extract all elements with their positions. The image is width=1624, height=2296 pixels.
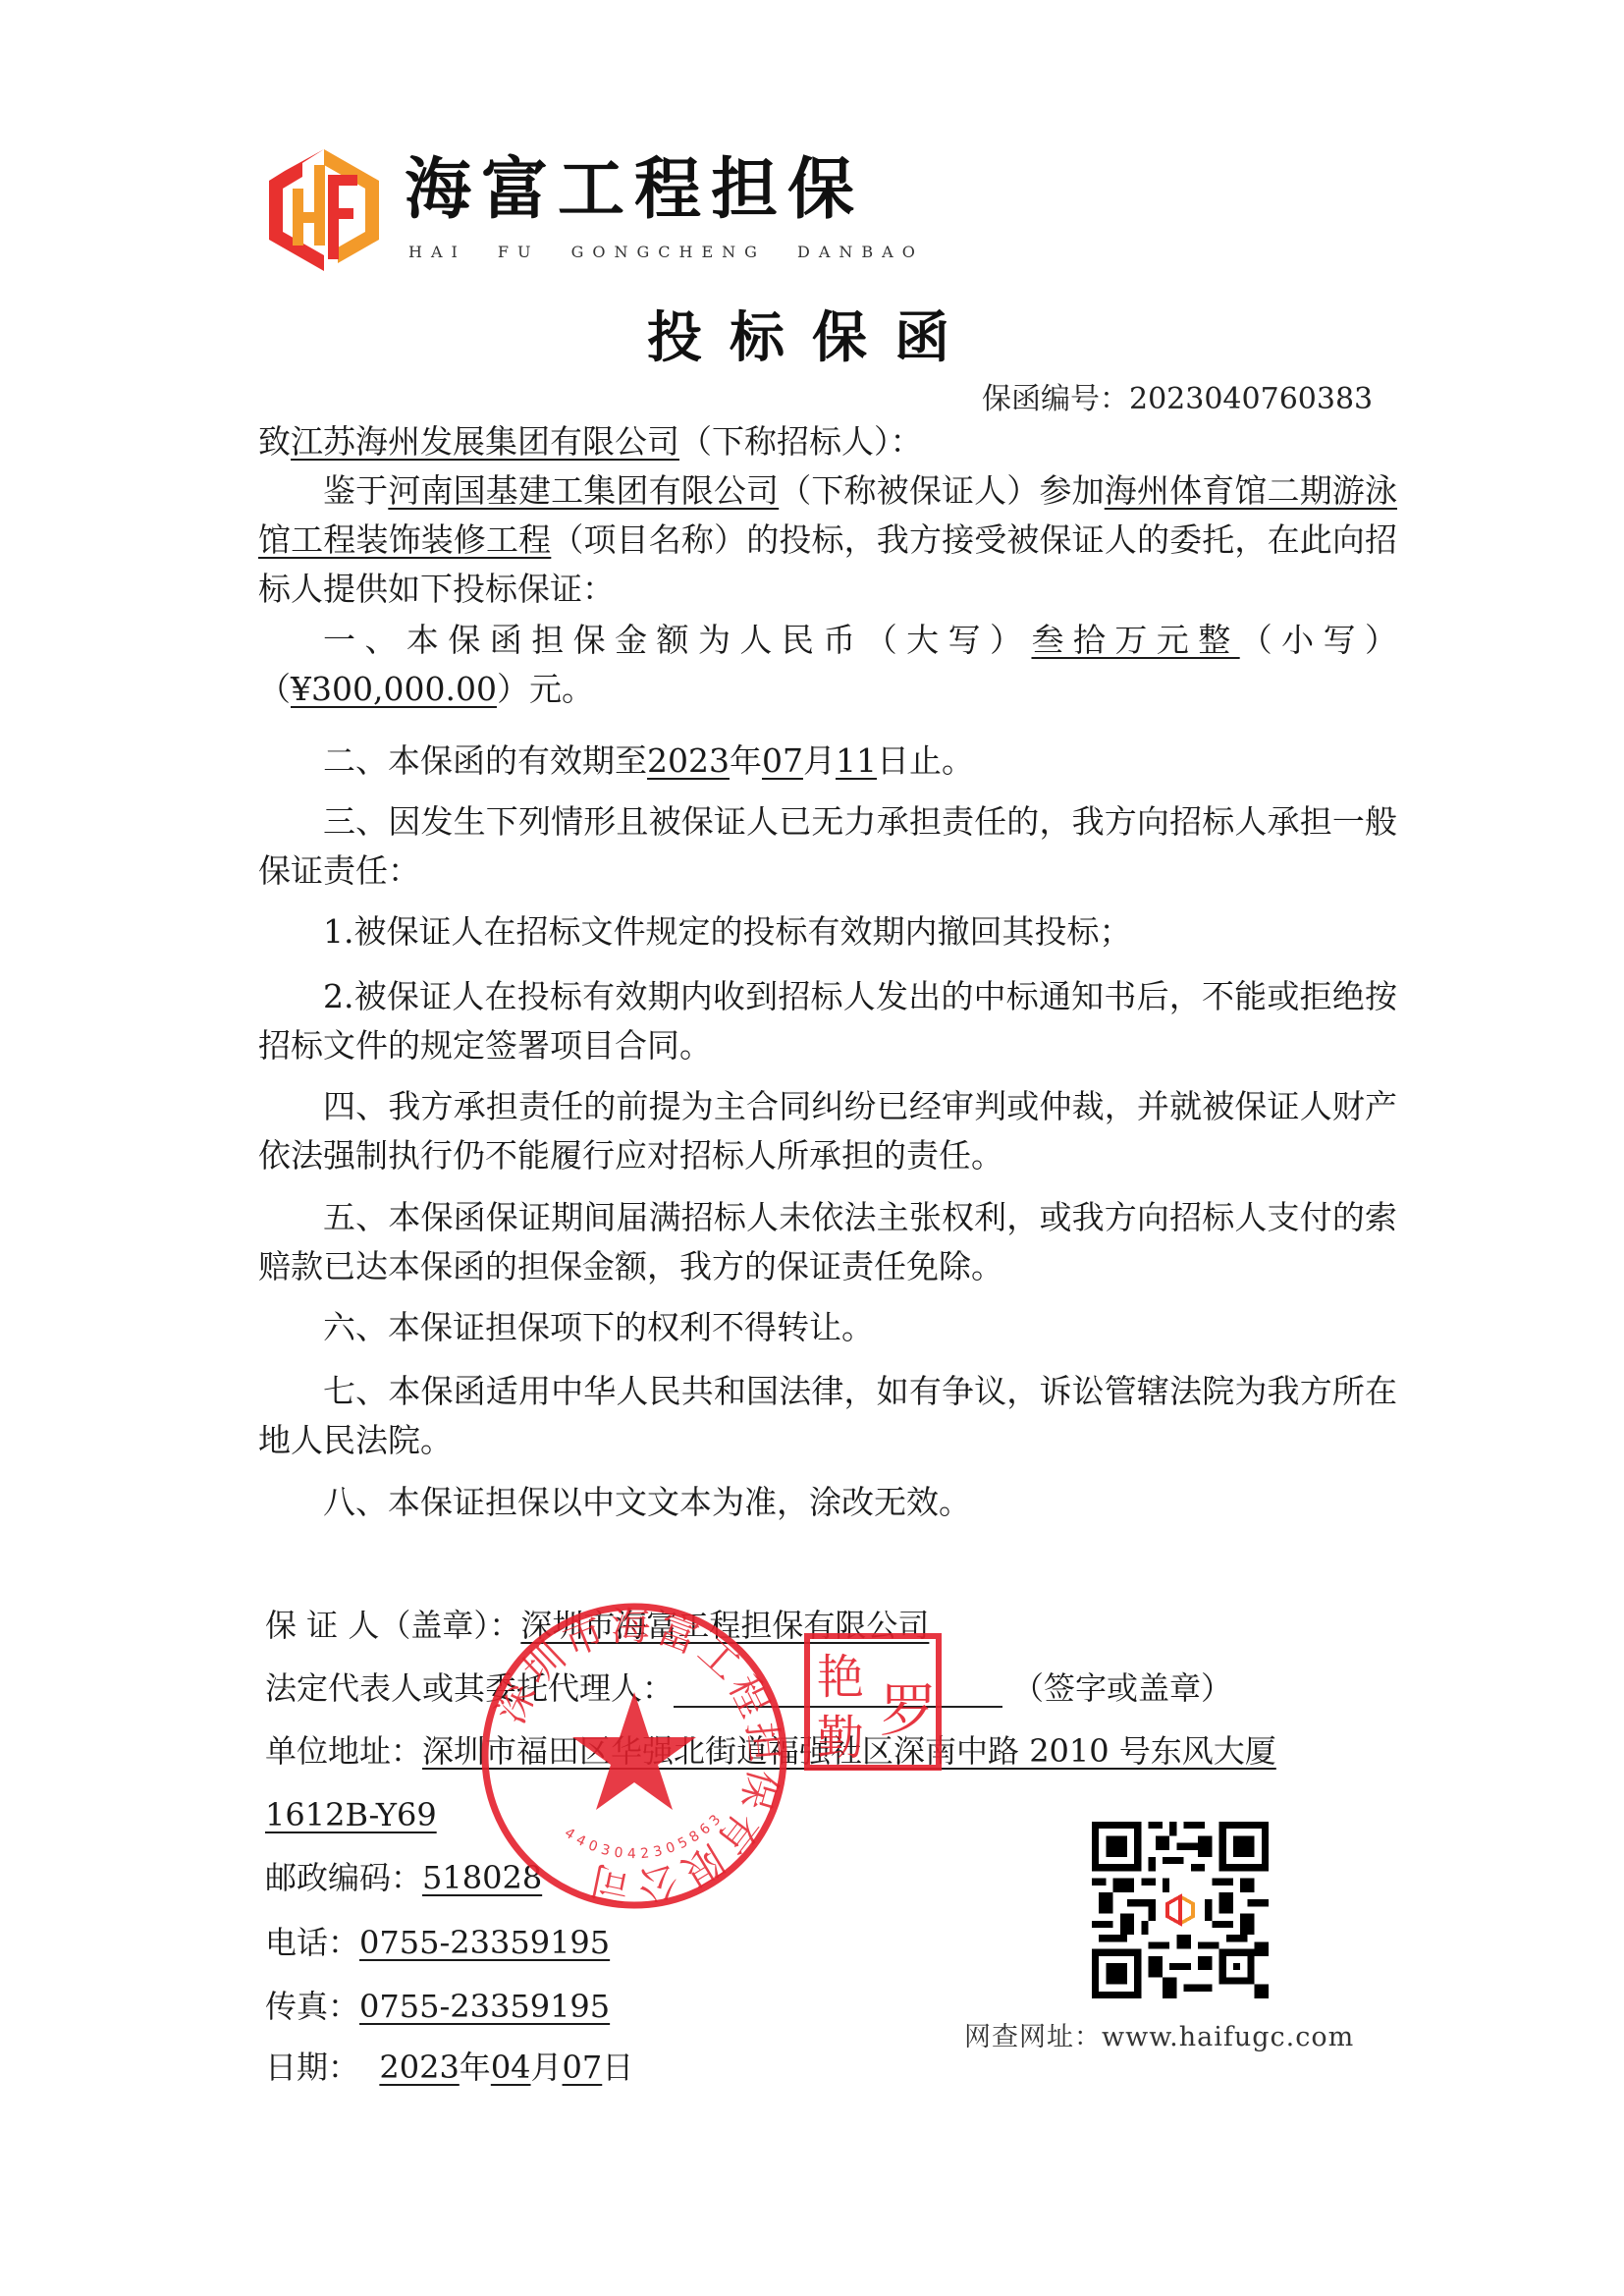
clause-6: 六、本保证担保项下的权利不得转让。 — [258, 1303, 1397, 1352]
website-line: 网查网址：www.haifugc.com — [964, 2015, 1354, 2053]
clause-3: 三、因发生下列情形且被保证人已无力承担责任的，我方向招标人承担一般保证责任： — [258, 797, 1397, 896]
postcode-line: 邮政编码：518028 — [265, 1858, 542, 1897]
hf-logo-icon — [263, 145, 385, 275]
principal-name: 河南国基建工集团有限公司 — [388, 471, 779, 510]
month-unit: 月 — [803, 741, 836, 780]
representative-line: 法定代表人或其委托代理人：（签字或盖章） — [265, 1668, 1232, 1708]
intro-text-1: 鉴于 — [323, 471, 388, 510]
intro-paragraph: 鉴于河南国基建工集团有限公司（下称被保证人）参加海州体育馆二期游泳馆工程装饰装修… — [258, 466, 1397, 614]
address-value: 深圳市福田区华强北街道福强社区深南中路 2010 号东风大厦 — [422, 1732, 1276, 1770]
recipient-line: 致江苏海州发展集团有限公司（下称招标人）： — [258, 417, 1397, 466]
address-line-2: 1612B-Y69 — [265, 1795, 437, 1834]
phone-line: 电话：0755-23359195 — [265, 1923, 610, 1962]
date-year: 2023 — [379, 2049, 459, 2086]
clause-3-item-2: 2.被保证人在投标有效期内收到招标人发出的中标通知书后，不能或拒绝按招标文件的规… — [258, 972, 1397, 1070]
beneficiary-name: 江苏海州发展集团有限公司 — [291, 422, 679, 461]
phone-value: 0755-23359195 — [359, 1924, 610, 1961]
address-label: 单位地址： — [265, 1732, 422, 1770]
clause-1-text-1: 一、本保函担保金额为人民币（大写） — [323, 621, 1031, 659]
guarantee-number: 保函编号：2023040760383 — [982, 374, 1373, 417]
date-label: 日期： — [265, 2049, 359, 2086]
website-label: 网查网址： — [964, 2022, 1102, 2052]
clause-1-text-3: ）元。 — [497, 670, 594, 708]
clause-3-item-1: 1.被保证人在招标文件规定的投标有效期内撤回其投标； — [258, 907, 1397, 957]
representative-suffix: （签字或盖章） — [1012, 1669, 1232, 1707]
amount-numeric: ¥300,000.00 — [291, 670, 497, 708]
fax-value: 0755-23359195 — [359, 1988, 610, 2025]
expiry-year: 2023 — [647, 741, 730, 780]
clause-5: 五、本保函保证期间届满招标人未依法主张权利，或我方向招标人支付的索赔款已达本保函… — [258, 1193, 1397, 1291]
date-line: 日期： 2023年04月07日 — [265, 2048, 633, 2087]
clause-2: 二、本保函的有效期至2023年07月11日止。 — [258, 737, 1397, 786]
fax-label: 传真： — [265, 1988, 359, 2025]
address-value-2: 1612B-Y69 — [265, 1796, 437, 1833]
address-line: 单位地址：深圳市福田区华强北街道福强社区深南中路 2010 号东风大厦 — [265, 1731, 1276, 1771]
clause-4: 四、我方承担责任的前提为主合同纠纷已经审判或仲裁，并就被保证人财产依法强制执行仍… — [258, 1082, 1397, 1180]
guarantor-name: 深圳市海富工程担保有限公司 — [520, 1607, 929, 1644]
representative-label: 法定代表人或其委托代理人： — [265, 1669, 674, 1707]
fax-line: 传真：0755-23359195 — [265, 1987, 610, 2026]
day-unit: 日止。 — [877, 741, 974, 780]
guarantor-label: 保 证 人（盖章）： — [265, 1607, 520, 1644]
intro-text-2: （下称被保证人）参加 — [779, 471, 1105, 510]
guarantee-number-value: 2023040760383 — [1129, 382, 1373, 416]
year-unit: 年 — [730, 741, 762, 780]
recipient-prefix: 致 — [258, 422, 291, 461]
date-month-unit: 月 — [531, 2049, 563, 2086]
website-link[interactable]: www.haifugc.com — [1102, 2022, 1354, 2052]
brand-name-en: HAI FU GONGCHENG DANBAO — [408, 243, 924, 261]
signature-field — [674, 1676, 1002, 1708]
svg-text:4403042305863: 4403042305863 — [562, 1808, 728, 1862]
guarantor-line: 保 证 人（盖章）：深圳市海富工程担保有限公司 — [265, 1606, 929, 1645]
clause-2-text: 二、本保函的有效期至 — [323, 741, 647, 780]
phone-label: 电话： — [265, 1924, 359, 1961]
expiry-month: 07 — [762, 741, 803, 780]
guarantee-number-label: 保函编号： — [982, 382, 1129, 416]
clause-7: 七、本保函适用中华人民共和国法律，如有争议，诉讼管辖法院为我方所在地人民法院。 — [258, 1367, 1397, 1465]
recipient-suffix: （下称招标人）： — [679, 422, 923, 461]
postcode-label: 邮政编码： — [265, 1859, 422, 1896]
date-year-unit: 年 — [460, 2049, 491, 2086]
amount-uppercase: 叁拾万元整 — [1031, 621, 1239, 659]
date-day-unit: 日 — [602, 2049, 633, 2086]
clause-8: 八、本保证担保以中文文本为准，涂改无效。 — [258, 1478, 1397, 1527]
date-day: 07 — [563, 2049, 603, 2086]
clause-1: 一、本保函担保金额为人民币（大写）叁拾万元整（小写）（¥300,000.00）元… — [258, 616, 1397, 714]
qr-code-icon[interactable] — [1092, 1822, 1269, 1998]
document-title: 投标保函 — [0, 295, 1624, 373]
expiry-day: 11 — [836, 741, 877, 780]
date-month: 04 — [491, 2049, 531, 2086]
postcode-value: 518028 — [422, 1859, 542, 1896]
brand-name-cn: 海富工程担保 — [405, 157, 864, 224]
